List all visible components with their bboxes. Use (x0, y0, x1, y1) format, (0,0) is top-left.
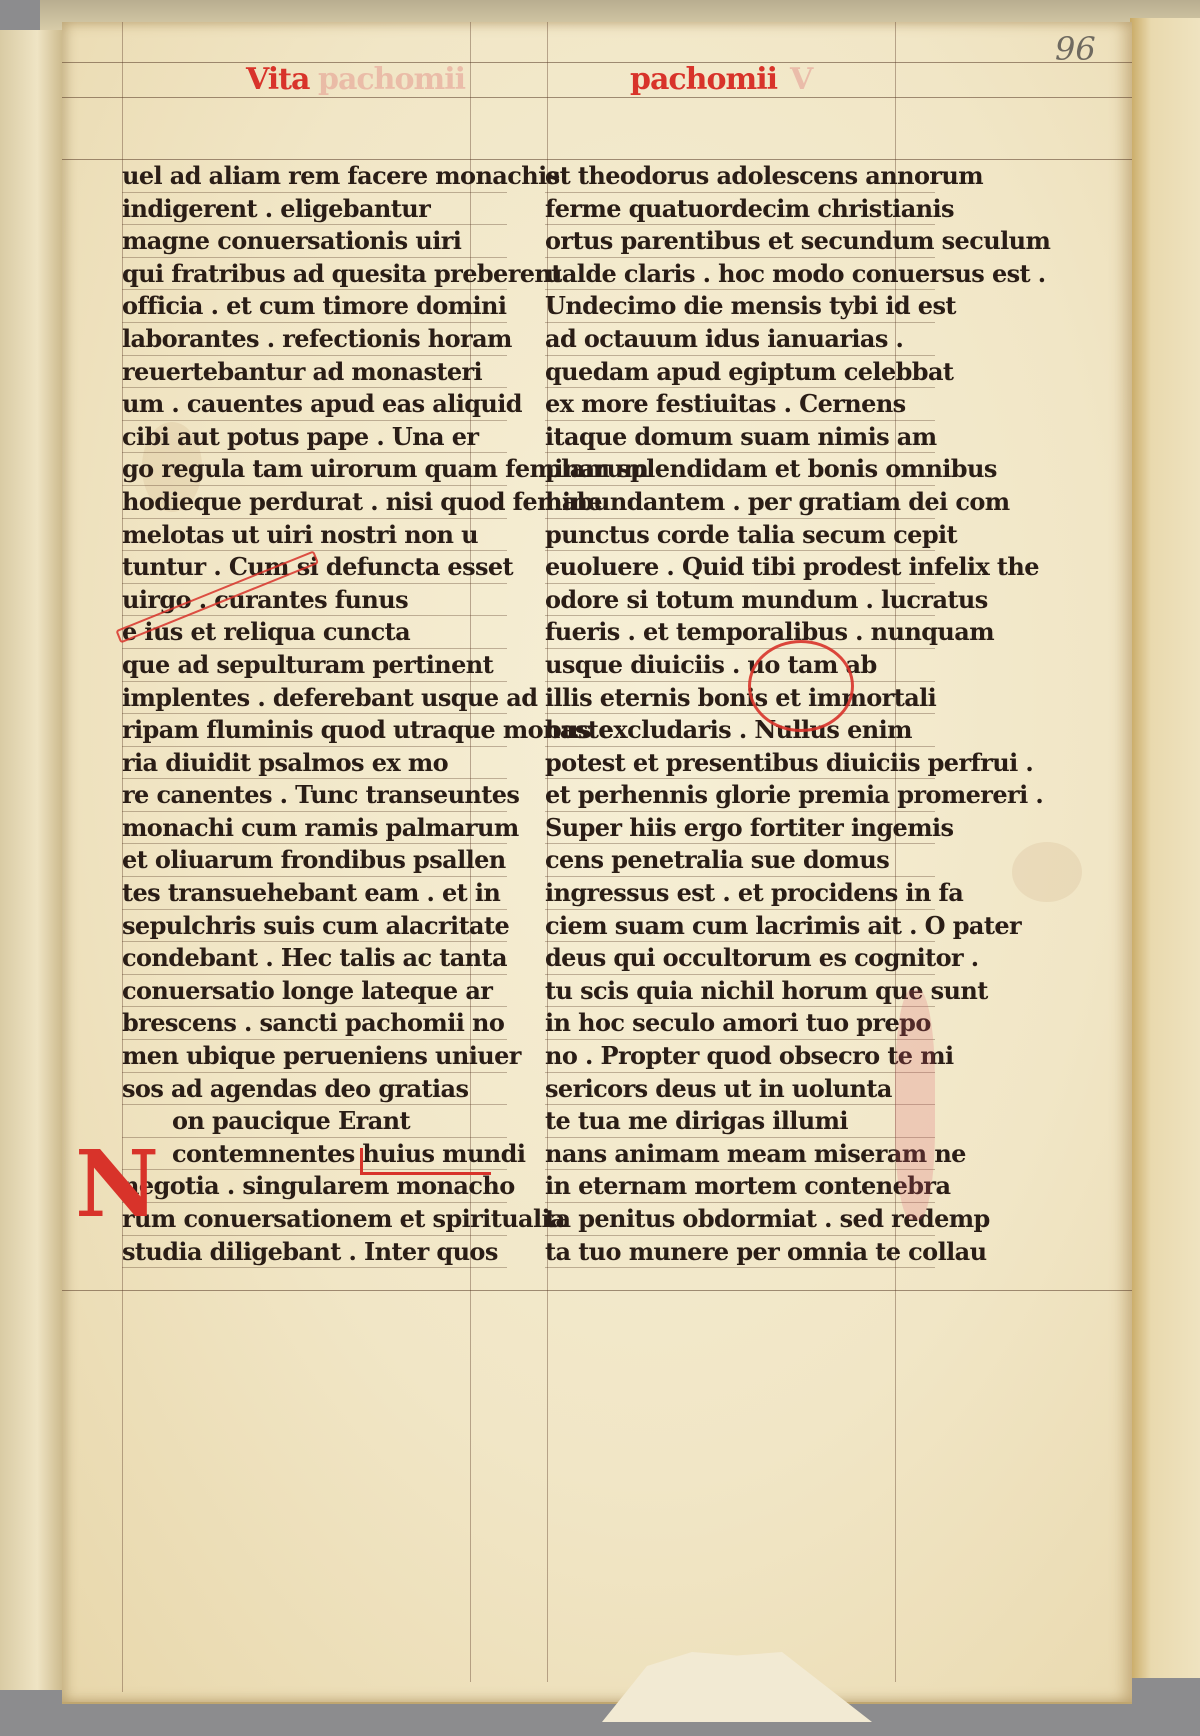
text-line: ingressus est . et procidens in fa (545, 877, 935, 910)
text-line: punctus corde talia secum cepit (545, 519, 935, 552)
text-column-right: et theodorus adolescens annorumferme qua… (545, 160, 935, 1268)
text-line: fueris . et temporalibus . nunquam (545, 616, 935, 649)
parchment-stain (1012, 842, 1082, 902)
text-line: Super hiis ergo fortiter ingemis (545, 812, 935, 845)
folio-number: 96 (1055, 30, 1096, 68)
text-line: men ubique perueniens uniuer (122, 1040, 507, 1073)
text-line: melotas ut uiri nostri non u (122, 519, 507, 552)
text-line: ualde claris . hoc modo conuersus est . (545, 258, 935, 291)
text-line: nans animam meam miseram ne (545, 1138, 935, 1171)
text-line: plam splendidam et bonis omnibus (545, 453, 935, 486)
marginal-pink-stain (895, 990, 935, 1220)
text-line: e ius et reliqua cuncta (122, 616, 507, 649)
ruling-text-bottom (62, 1290, 1132, 1291)
text-line: magne conuersationis uiri (122, 225, 507, 258)
running-head-left-offset-ghost: pachomii (318, 62, 465, 97)
text-line: negotia . singularem monacho (122, 1170, 507, 1203)
text-line: ad octauum idus ianuarias . (545, 323, 935, 356)
text-line: et theodorus adolescens annorum (545, 160, 935, 193)
text-line: sos ad agendas deo gratias (122, 1073, 507, 1106)
text-line: quedam apud egiptum celebbat (545, 356, 935, 389)
text-line: cibi aut potus pape . Una er (122, 421, 507, 454)
text-line: go regula tam uirorum quam feminarum (122, 453, 507, 486)
text-line: um . cauentes apud eas aliquid (122, 388, 507, 421)
text-line: ripam fluminis quod utraque monaste (122, 714, 507, 747)
text-line: potest et presentibus diuiciis perfrui . (545, 747, 935, 780)
text-line: ta tuo munere per omnia te collau (545, 1236, 935, 1269)
text-line: officia . et cum timore domini (122, 290, 507, 323)
text-line: studia diligebant . Inter quos (122, 1236, 507, 1269)
text-line: illis eternis bonis et immortali (545, 682, 935, 715)
text-line: laborantes . refectionis horam (122, 323, 507, 356)
text-line: tu scis quia nichil horum que sunt (545, 975, 935, 1008)
text-line: on paucique Erant (122, 1105, 507, 1138)
text-line: ex more festiuitas . Cernens (545, 388, 935, 421)
text-line: Undecimo die mensis tybi id est (545, 290, 935, 323)
previous-leaf-edge (0, 30, 65, 1690)
text-line: ferme quatuordecim christianis (545, 193, 935, 226)
running-head-left: Vita (246, 62, 309, 97)
ruling-header-bottom (62, 97, 1132, 98)
text-line: que ad sepulturam pertinent (122, 649, 507, 682)
text-line: condebant . Hec talis ac tanta (122, 942, 507, 975)
text-line: implentes . deferebant usque ad (122, 682, 507, 715)
text-line: euoluere . Quid tibi prodest infelix the (545, 551, 935, 584)
next-leaf-edge (1130, 18, 1200, 1678)
text-line: qui fratribus ad quesita preberent (122, 258, 507, 291)
text-column-left: uel ad aliam rem facere monachisindigere… (122, 160, 507, 1268)
text-line: ciem suam cum lacrimis ait . O pater (545, 910, 935, 943)
text-line: uel ad aliam rem facere monachis (122, 160, 507, 193)
text-line: et oliuarum frondibus psallen (122, 844, 507, 877)
text-line: bus excludaris . Nullus enim (545, 714, 935, 747)
text-line: habundantem . per gratiam dei com (545, 486, 935, 519)
text-line: ta penitus obdormiat . sed redemp (545, 1203, 935, 1236)
text-line: te tua me dirigas illumi (545, 1105, 935, 1138)
running-head-right: pachomii (630, 62, 777, 97)
ruling-header-top (62, 62, 1132, 63)
red-circle-annotation (748, 640, 854, 732)
text-line: re canentes . Tunc transeuntes (122, 779, 507, 812)
text-line: reuertebantur ad monasteri (122, 356, 507, 389)
parchment-tear (602, 1652, 902, 1722)
running-head-right-offset-ghost: V (790, 62, 812, 97)
text-line: tes transuehebant eam . et in (122, 877, 507, 910)
text-line: usque diuiciis . uo tam ab (545, 649, 935, 682)
text-line: sericors deus ut in uolunta (545, 1073, 935, 1106)
text-line: itaque domum suam nimis am (545, 421, 935, 454)
text-line: indigerent . eligebantur (122, 193, 507, 226)
text-line: hodieque perdurat . nisi quod femine (122, 486, 507, 519)
text-line: in eternam mortem contenebra (545, 1170, 935, 1203)
text-line: cens penetralia sue domus (545, 844, 935, 877)
text-line: ortus parentibus et secundum seculum (545, 225, 935, 258)
text-line: brescens . sancti pachomii no (122, 1007, 507, 1040)
text-line: deus qui occultorum es cognitor . (545, 942, 935, 975)
text-line: odore si totum mundum . lucratus (545, 584, 935, 617)
text-line: in hoc seculo amori tuo prepo (545, 1007, 935, 1040)
text-line: sepulchris suis cum alacritate (122, 910, 507, 943)
text-line: conuersatio longe lateque ar (122, 975, 507, 1008)
text-line: monachi cum ramis palmarum (122, 812, 507, 845)
decorated-initial: N (75, 1138, 159, 1230)
text-line: no . Propter quod obsecro te mi (545, 1040, 935, 1073)
text-line: et perhennis glorie premia promereri . (545, 779, 935, 812)
text-line: rum conuersationem et spiritualia (122, 1203, 507, 1236)
rubric-bracket-mark (360, 1148, 491, 1175)
text-line: ria diuidit psalmos ex mo (122, 747, 507, 780)
